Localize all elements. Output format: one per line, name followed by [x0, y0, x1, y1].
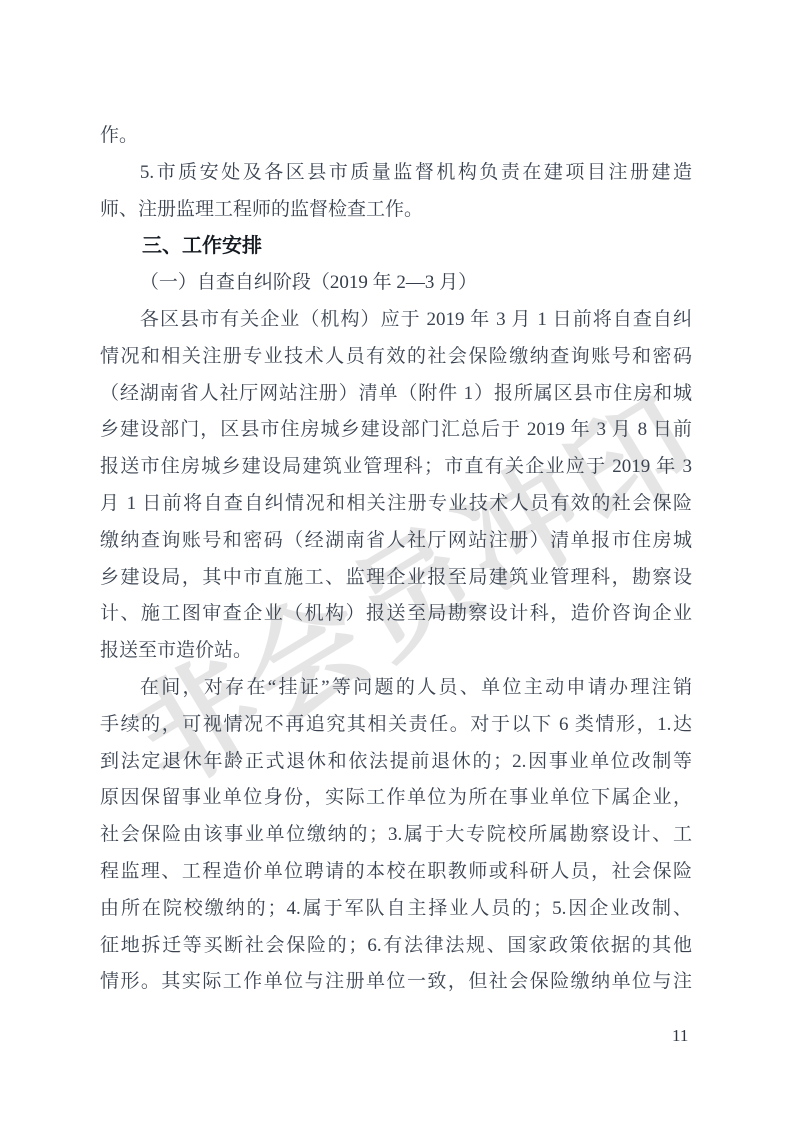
document-body: 作。5.市质安处及各区县市质量监督机构负责在建项目注册建造师、注册监理工程师的监… [100, 118, 692, 1001]
text-line: 各区县市有关企业（机构）应于 2019 年 3 月 1 日前将自查自纠 [100, 302, 692, 339]
text-line: 程监理、工程造价单位聘请的本校在职教师或科研人员，社会保险 [100, 854, 692, 891]
document-page: 非会员冲印 作。5.市质安处及各区县市质量监督机构负责在建项目注册建造师、注册监… [0, 0, 793, 1122]
text-line: 在间，对存在“挂证”等问题的人员、单位主动申请办理注销 [100, 670, 692, 707]
text-line: 由所在院校缴纳的；4.属于军队自主择业人员的；5.因企业改制、 [100, 891, 692, 928]
text-line: 情况和相关注册专业技术人员有效的社会保险缴纳查询账号和密码 [100, 339, 692, 376]
text-line: （经湖南省人社厅网站注册）清单（附件 1）报所属区县市住房和城 [100, 376, 692, 413]
text-line: 报送至市造价站。 [100, 633, 692, 670]
text-line: 情形。其实际工作单位与注册单位一致，但社会保险缴纳单位与注 [100, 964, 692, 1001]
text-line: 乡建设部门，区县市住房城乡建设部门汇总后于 2019 年 3 月 8 日前 [100, 412, 692, 449]
text-line: 5.市质安处及各区县市质量监督机构负责在建项目注册建造 [100, 155, 692, 192]
subsection-heading: （一）自查自纠阶段（2019 年 2—3 月） [100, 265, 692, 302]
page-number: 11 [672, 1026, 688, 1046]
text-line: 师、注册监理工程师的监督检查工作。 [100, 192, 692, 229]
text-line: 计、施工图审查企业（机构）报送至局勘察设计科，造价咨询企业 [100, 596, 692, 633]
text-line: 月 1 日前将自查自纠情况和相关注册专业技术人员有效的社会保险 [100, 486, 692, 523]
text-line: 缴纳查询账号和密码（经湖南省人社厅网站注册）清单报市住房城 [100, 523, 692, 560]
text-line: 乡建设局，其中市直施工、监理企业报至局建筑业管理科，勘察设 [100, 560, 692, 597]
text-line: 到法定退休年龄正式退休和依法提前退休的；2.因事业单位改制等 [100, 744, 692, 781]
section-heading: 三、工作安排 [100, 228, 692, 265]
text-line: 征地拆迁等买断社会保险的；6.有法律法规、国家政策依据的其他 [100, 928, 692, 965]
text-line: 原因保留事业单位身份，实际工作单位为所在事业单位下属企业， [100, 780, 692, 817]
text-line: 作。 [100, 118, 692, 155]
text-line: 手续的，可视情况不再追究其相关责任。对于以下 6 类情形，1.达 [100, 707, 692, 744]
text-line: 社会保险由该事业单位缴纳的；3.属于大专院校所属勘察设计、工 [100, 817, 692, 854]
text-line: 报送市住房城乡建设局建筑业管理科；市直有关企业应于 2019 年 3 [100, 449, 692, 486]
